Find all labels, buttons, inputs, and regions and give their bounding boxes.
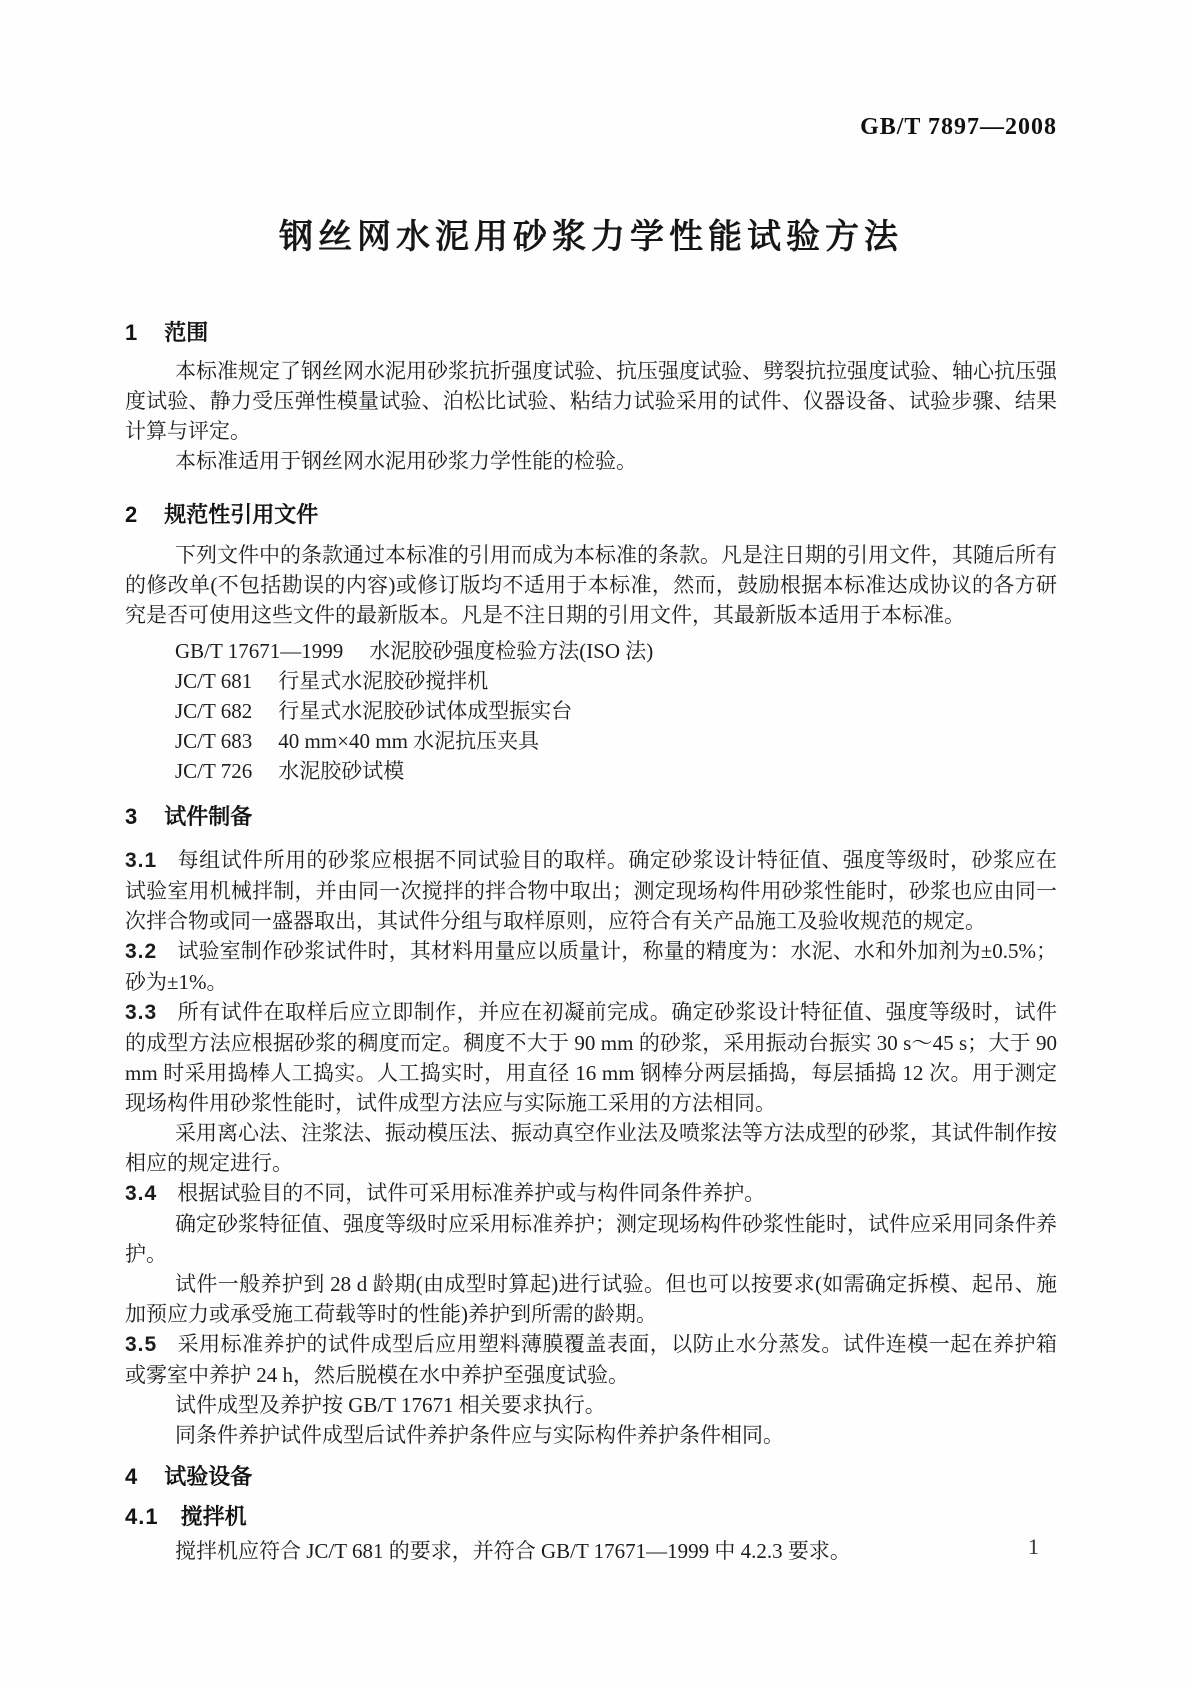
paragraph: 同条件养护试件成型后试件养护条件应与实际构件养护条件相同。 <box>125 1420 1057 1450</box>
reference-title: 40 mm×40 mm 水泥抗压夹具 <box>278 729 539 753</box>
section-number: 4 <box>125 1464 138 1489</box>
reference-item: JC/T 682行星式水泥胶砂试体成型振实台 <box>125 696 1057 726</box>
clause-text: 采用标准养护的试件成型后应用塑料薄膜覆盖表面，以防止水分蒸发。试件连模一起在养护… <box>125 1332 1057 1387</box>
clause-text: 每组试件所用的砂浆应根据不同试验目的取样。确定砂浆设计特征值、强度等级时，砂浆应… <box>125 848 1057 933</box>
paragraph: 采用离心法、注浆法、振动模压法、振动真空作业法及喷浆法等方法成型的砂浆，其试件制… <box>125 1118 1057 1178</box>
reference-code: JC/T 682 <box>175 699 252 723</box>
paragraph: 试件成型及养护按 GB/T 17671 相关要求执行。 <box>125 1390 1057 1420</box>
reference-title: 行星式水泥胶砂搅拌机 <box>278 669 488 693</box>
reference-item: JC/T 681行星式水泥胶砂搅拌机 <box>125 666 1057 696</box>
section-number: 2 <box>125 502 138 527</box>
paragraph: 确定砂浆特征值、强度等级时应采用标准养护；测定现场构件砂浆性能时，试件应采用同条… <box>125 1209 1057 1269</box>
reference-list: GB/T 17671—1999水泥胶砂强度检验方法(ISO 法) JC/T 68… <box>125 636 1057 786</box>
clause-3-1: 3.1每组试件所用的砂浆应根据不同试验目的取样。确定砂浆设计特征值、强度等级时，… <box>125 845 1057 936</box>
section-title: 规范性引用文件 <box>164 502 318 527</box>
section-number: 1 <box>125 320 138 345</box>
reference-code: JC/T 681 <box>175 669 252 693</box>
clause-text: 根据试验目的不同，试件可采用标准养护或与构件同条件养护。 <box>177 1181 765 1205</box>
reference-code: GB/T 17671—1999 <box>175 639 343 663</box>
section-number: 3 <box>125 804 138 829</box>
doc-number: GB/T 7897—2008 <box>125 0 1057 142</box>
section-4-heading: 4试验设备 <box>125 1462 1057 1492</box>
clause-3-5: 3.5采用标准养护的试件成型后应用塑料薄膜覆盖表面，以防止水分蒸发。试件连模一起… <box>125 1329 1057 1390</box>
section-1-heading: 1范围 <box>125 318 1057 348</box>
paragraph: 搅拌机应符合 JC/T 681 的要求，并符合 GB/T 17671—1999 … <box>125 1536 1057 1566</box>
reference-title: 行星式水泥胶砂试体成型振实台 <box>278 699 572 723</box>
reference-item: GB/T 17671—1999水泥胶砂强度检验方法(ISO 法) <box>125 636 1057 666</box>
section-title: 试件制备 <box>164 804 252 829</box>
section-title: 试验设备 <box>164 1464 252 1489</box>
reference-item: JC/T 68340 mm×40 mm 水泥抗压夹具 <box>125 726 1057 756</box>
document-page: GB/T 7897—2008 钢丝网水泥用砂浆力学性能试验方法 1范围 本标准规… <box>0 0 1191 1684</box>
clause-number: 3.2 <box>125 940 157 963</box>
page-number: 1 <box>1028 1534 1039 1560</box>
clause-3-2: 3.2试验室制作砂浆试件时，其材料用量应以质量计，称量的精度为：水泥、水和外加剂… <box>125 936 1057 997</box>
clause-number: 3.4 <box>125 1182 157 1205</box>
reference-title: 水泥胶砂强度检验方法(ISO 法) <box>369 639 653 663</box>
subclause-number: 4.1 <box>125 1504 159 1529</box>
section-2-heading: 2规范性引用文件 <box>125 500 1057 530</box>
clause-text: 所有试件在取样后应立即制作，并应在初凝前完成。确定砂浆设计特征值、强度等级时，试… <box>125 1000 1057 1115</box>
reference-code: JC/T 726 <box>175 759 252 783</box>
page-content: GB/T 7897—2008 钢丝网水泥用砂浆力学性能试验方法 1范围 本标准规… <box>0 0 1191 1566</box>
clause-text: 试验室制作砂浆试件时，其材料用量应以质量计，称量的精度为：水泥、水和外加剂为±0… <box>125 939 1057 994</box>
reference-title: 水泥胶砂试模 <box>278 759 404 783</box>
clause-3-3: 3.3所有试件在取样后应立即制作，并应在初凝前完成。确定砂浆设计特征值、强度等级… <box>125 997 1057 1118</box>
document-title: 钢丝网水泥用砂浆力学性能试验方法 <box>125 214 1057 260</box>
paragraph: 本标准规定了钢丝网水泥用砂浆抗折强度试验、抗压强度试验、劈裂抗拉强度试验、轴心抗… <box>125 356 1057 446</box>
clause-number: 3.3 <box>125 1001 157 1024</box>
subclause-4-1-heading: 4.1搅拌机 <box>125 1502 1057 1532</box>
reference-item: JC/T 726水泥胶砂试模 <box>125 756 1057 786</box>
reference-code: JC/T 683 <box>175 729 252 753</box>
paragraph: 试件一般养护到 28 d 龄期(由成型时算起)进行试验。但也可以按要求(如需确定… <box>125 1269 1057 1329</box>
section-3-heading: 3试件制备 <box>125 802 1057 832</box>
clause-3-4: 3.4根据试验目的不同，试件可采用标准养护或与构件同条件养护。 <box>125 1178 1057 1209</box>
paragraph: 本标准适用于钢丝网水泥用砂浆力学性能的检验。 <box>125 446 1057 476</box>
clause-number: 3.1 <box>125 849 157 872</box>
section-title: 范围 <box>164 320 208 345</box>
subclause-title: 搅拌机 <box>181 1504 247 1529</box>
clause-number: 3.5 <box>125 1333 157 1356</box>
paragraph: 下列文件中的条款通过本标准的引用而成为本标准的条款。凡是注日期的引用文件，其随后… <box>125 540 1057 630</box>
